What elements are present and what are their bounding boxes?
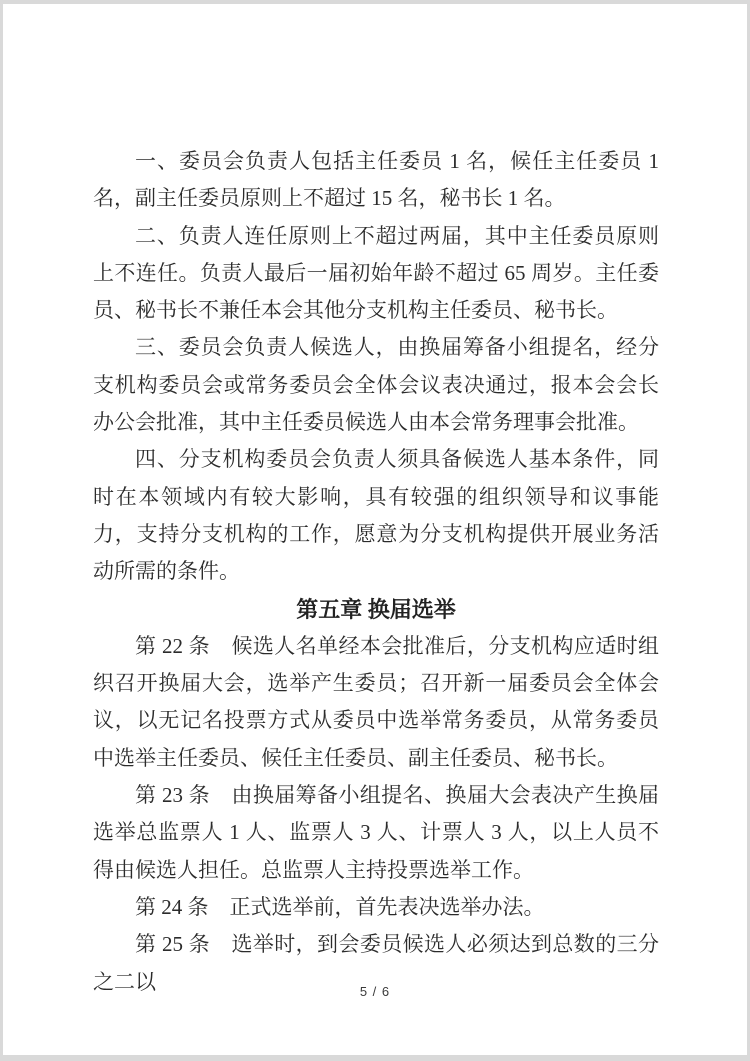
body-paragraph-3: 三、委员会负责人候选人，由换届筹备小组提名，经分支机构委员会或常务委员会全体会议…	[93, 329, 659, 441]
chapter-heading: 第五章 换届选举	[93, 591, 659, 628]
body-paragraph-4: 四、分支机构委员会负责人须具备候选人基本条件，同时在本领域内有较大影响，具有较强…	[93, 441, 659, 590]
document-page: 一、委员会负责人包括主任委员 1 名，候任主任委员 1 名，副主任委员原则上不超…	[3, 4, 747, 1055]
body-paragraph-article-22: 第 22 条 候选人名单经本会批准后，分支机构应适时组织召开换届大会，选举产生委…	[93, 628, 659, 777]
document-body: 一、委员会负责人包括主任委员 1 名，候任主任委员 1 名，副主任委员原则上不超…	[93, 143, 659, 1001]
body-paragraph-2: 二、负责人连任原则上不超过两届，其中主任委员原则上不连任。负责人最后一届初始年龄…	[93, 218, 659, 330]
body-paragraph-article-24: 第 24 条 正式选举前，首先表决选举办法。	[93, 889, 659, 926]
body-paragraph-1: 一、委员会负责人包括主任委员 1 名，候任主任委员 1 名，副主任委员原则上不超…	[93, 143, 659, 218]
body-paragraph-article-23: 第 23 条 由换届筹备小组提名、换届大会表决产生换届选举总监票人 1 人、监票…	[93, 777, 659, 889]
page-number: 5 / 6	[3, 984, 747, 999]
